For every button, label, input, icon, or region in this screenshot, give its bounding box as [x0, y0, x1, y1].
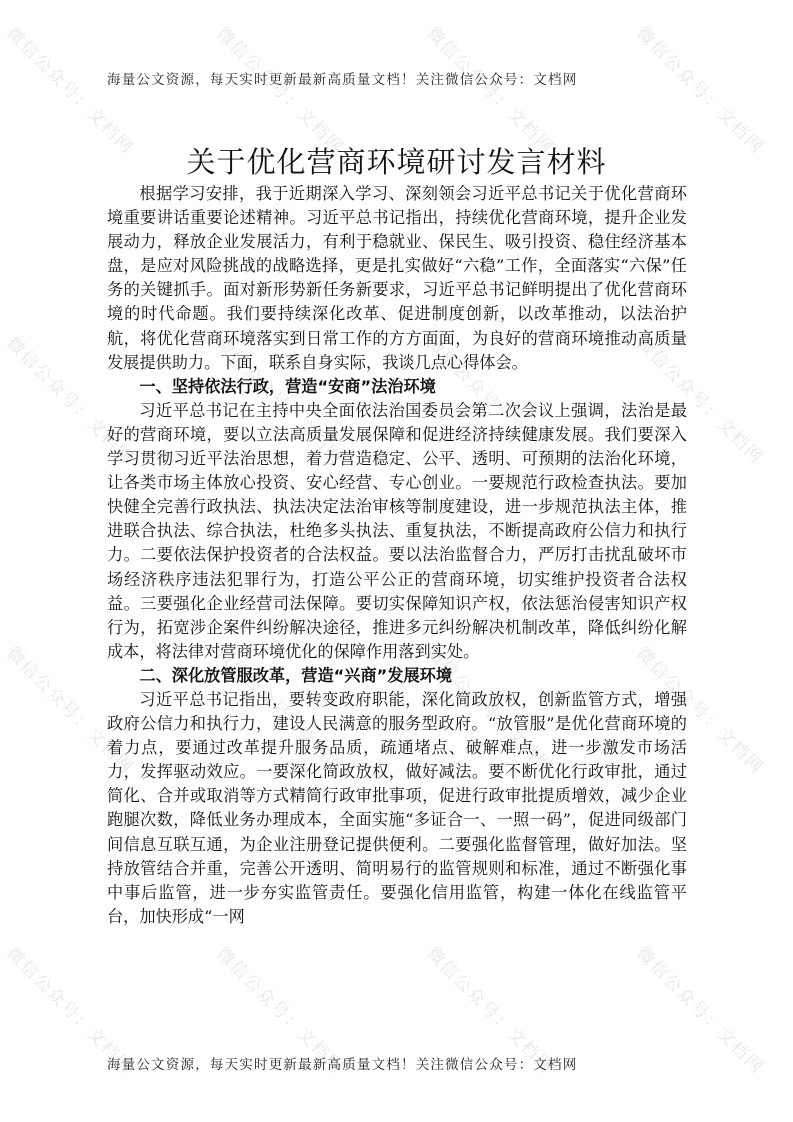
footer-note: 海量公文资源，每天实时更新最新高质量文档！关注微信公众号：文档网: [107, 1053, 577, 1073]
watermark: 微信公众号：文档网: [632, 20, 771, 159]
watermark: 微信公众号：文档网: [632, 940, 771, 1079]
section-paragraph: 习近平总书记在主持中央全面依法治国委员会第二次会议上强调，法治是最好的营商环境，…: [107, 399, 687, 664]
section-heading: 一、坚持依法行政，营造“安商”法治环境: [107, 375, 687, 399]
intro-paragraph: 根据学习安排，我于近期深入学习、深刻领会习近平总书记关于优化营商环境重要讲话重要…: [107, 182, 687, 375]
watermark: 微信公众号：文档网: [212, 20, 351, 159]
document-page: 微信公众号：文档网 微信公众号：文档网 微信公众号：文档网 微信公众号：文档网 …: [0, 0, 793, 1122]
section-paragraph: 习近平总书记指出，要转变政府职能，深化简政放权，创新监管方式，增强政府公信力和执…: [107, 688, 687, 929]
header-note: 海量公文资源，每天实时更新最新高质量文档！关注微信公众号：文档网: [107, 68, 577, 88]
watermark: 微信公众号：文档网: [2, 20, 141, 159]
section-heading: 二、深化放管服改革，营造“兴商”发展环境: [107, 664, 687, 688]
document-title: 关于优化营商环境研讨发言材料: [0, 140, 793, 181]
watermark: 微信公众号：文档网: [422, 20, 561, 159]
document-body: 根据学习安排，我于近期深入学习、深刻领会习近平总书记关于优化营商环境重要讲话重要…: [107, 182, 687, 929]
